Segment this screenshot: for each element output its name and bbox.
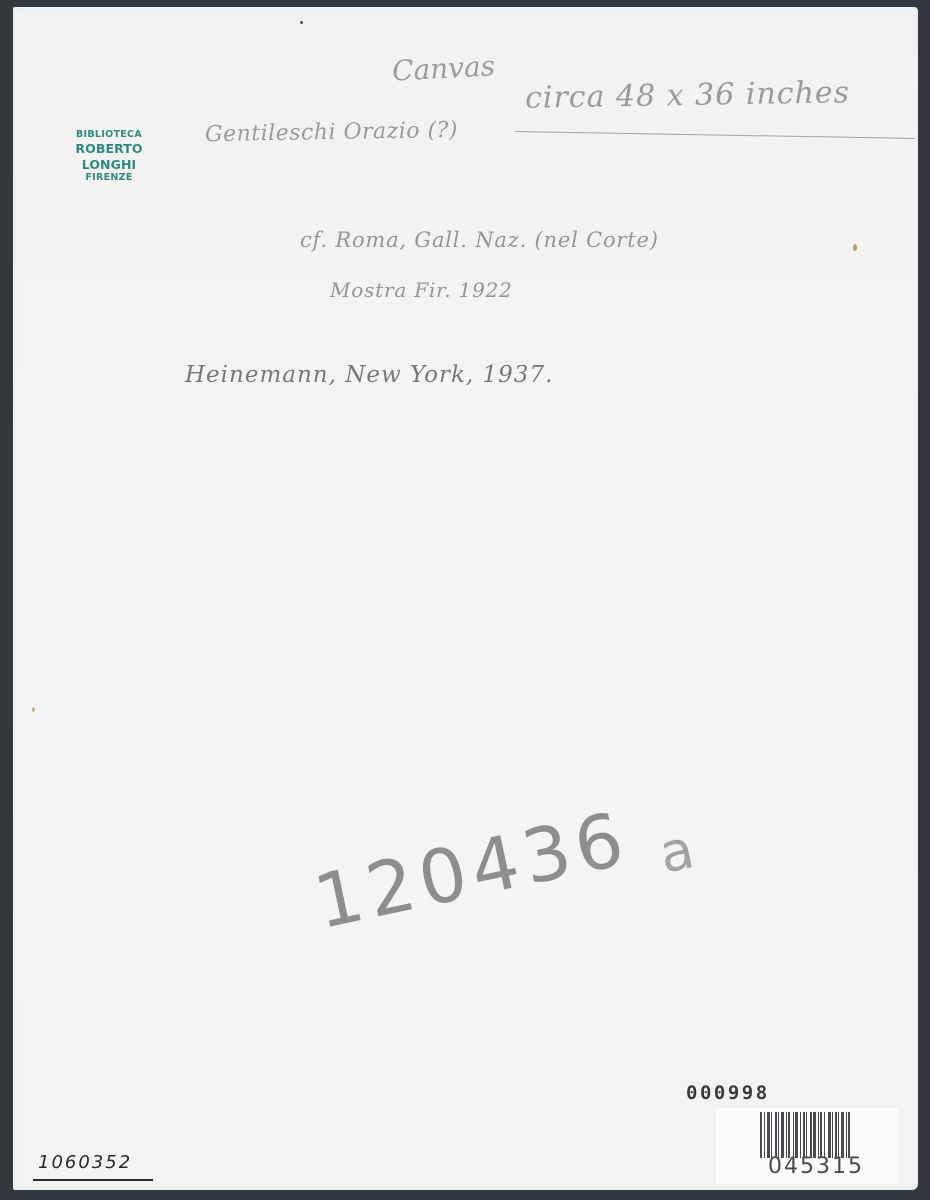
- stamp-line-roberto-longhi: ROBERTO LONGHI: [49, 141, 169, 172]
- paper-speck: [32, 707, 35, 712]
- reference-annotation-2: Mostra Fir. 1922: [330, 278, 513, 302]
- numbered-stamp: 000998: [686, 1082, 770, 1104]
- catalog-number: 1060352: [38, 1152, 132, 1173]
- photo-verso-paper: BIBLIOTECA ROBERTO LONGHI FIRENZE: [13, 7, 918, 1190]
- medium-annotation: Canvas: [391, 49, 496, 87]
- stamp-line-biblioteca: BIBLIOTECA: [49, 129, 169, 141]
- paper-speck: [853, 244, 857, 251]
- artist-annotation: Gentileschi Orazio (?): [205, 118, 458, 147]
- provenance-annotation: Heinemann, New York, 1937.: [185, 362, 553, 388]
- paper-speck: [300, 21, 303, 24]
- catalog-number-underline: [33, 1179, 153, 1181]
- library-stamp: BIBLIOTECA ROBERTO LONGHI FIRENZE: [49, 129, 169, 184]
- stamp-line-firenze: FIRENZE: [49, 172, 169, 184]
- barcode-label: 045315: [716, 1108, 898, 1184]
- barcode-icon: [760, 1112, 872, 1158]
- dimensions-annotation: circa 48 x 36 inches: [525, 75, 851, 116]
- barcode-number: 045315: [768, 1154, 864, 1179]
- reference-annotation-1: cf. Roma, Gall. Naz. (nel Corte): [300, 228, 659, 252]
